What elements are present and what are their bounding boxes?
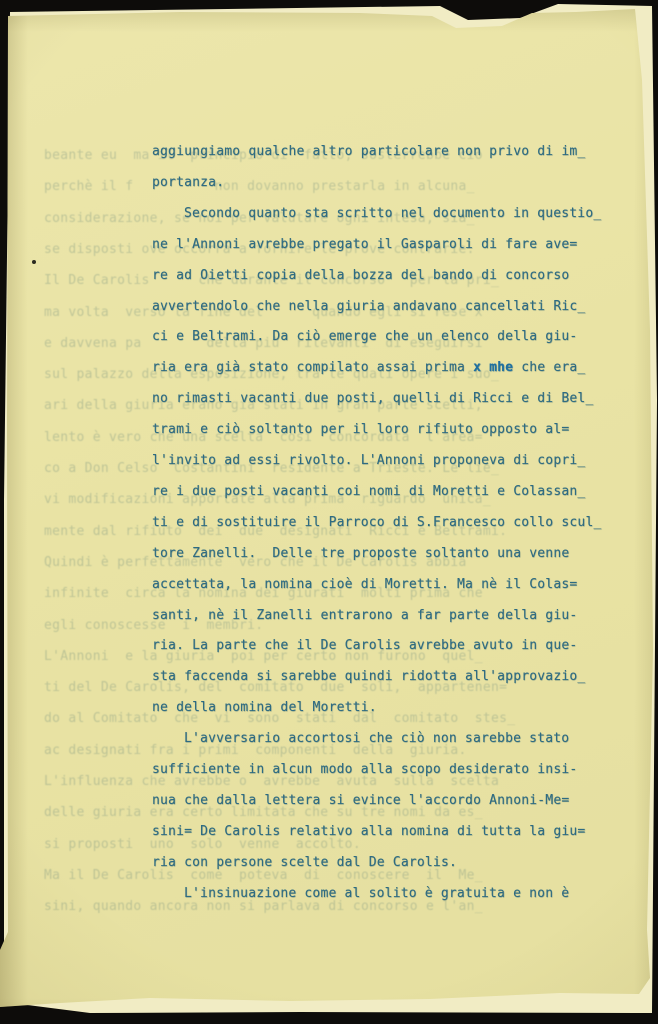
ink-speck <box>32 260 36 264</box>
overstrike-correction: x mhe <box>473 360 513 375</box>
typed-line: l'invito ad essi rivolto. L'Annoni propo… <box>152 453 585 469</box>
typed-line: ria era già stato compilato assai prima … <box>152 360 585 376</box>
typed-text-block: aggiungiamo qualche altro particolare no… <box>0 0 658 1024</box>
typewritten-page: beante eu ma il principio di fatto, sost… <box>0 0 658 1024</box>
typed-line: ria. La parte che il De Carolis avrebbe … <box>152 638 577 654</box>
typed-line: sini= De Carolis relativo alla nomina di… <box>152 824 585 840</box>
typed-line: nua che dalla lettera si evince l'accord… <box>152 793 569 809</box>
typed-line: L'avversario accortosi che ciò non sareb… <box>184 731 569 747</box>
typed-line: sta faccenda si sarebbe quindi ridotta a… <box>152 669 585 685</box>
typed-line: aggiungiamo qualche altro particolare no… <box>152 144 585 160</box>
typed-line: Secondo quanto sta scritto nel documento… <box>184 206 601 222</box>
typed-line: ne l'Annoni avrebbe pregato il Gasparoli… <box>152 237 577 253</box>
typed-line: tore Zanelli. Delle tre proposte soltant… <box>152 546 569 562</box>
typed-line: ti e di sostituire il Parroco di S.Franc… <box>152 515 602 531</box>
typed-line: santi, nè il Zanelli entrarono a far par… <box>152 608 577 624</box>
typed-line: re i due posti vacanti coi nomi di Moret… <box>152 484 585 500</box>
typed-line: ria con persone scelte dal De Carolis. <box>152 855 457 871</box>
typed-line: sufficiente in alcun modo alla scopo des… <box>152 762 577 778</box>
typed-line: L'insinuazione come al solito è gratuita… <box>184 886 569 902</box>
typed-line: portanza. <box>152 175 224 191</box>
typed-line: ne della nomina del Moretti. <box>152 700 377 716</box>
photo-stage: beante eu ma il principio di fatto, sost… <box>0 0 658 1024</box>
typed-line: no rimasti vacanti due posti, quelli di … <box>152 391 593 407</box>
typed-line: trami e ciò soltanto per il loro rifiuto… <box>152 422 569 438</box>
typed-line: accettata, la nomina cioè di Moretti. Ma… <box>152 577 577 593</box>
typed-line: avvertendolo che nella giuria andavano c… <box>152 299 585 315</box>
typed-line: ci e Beltrami. Da ciò emerge che un elen… <box>152 329 577 345</box>
typed-line: re ad Oietti copia della bozza del bando… <box>152 268 569 284</box>
